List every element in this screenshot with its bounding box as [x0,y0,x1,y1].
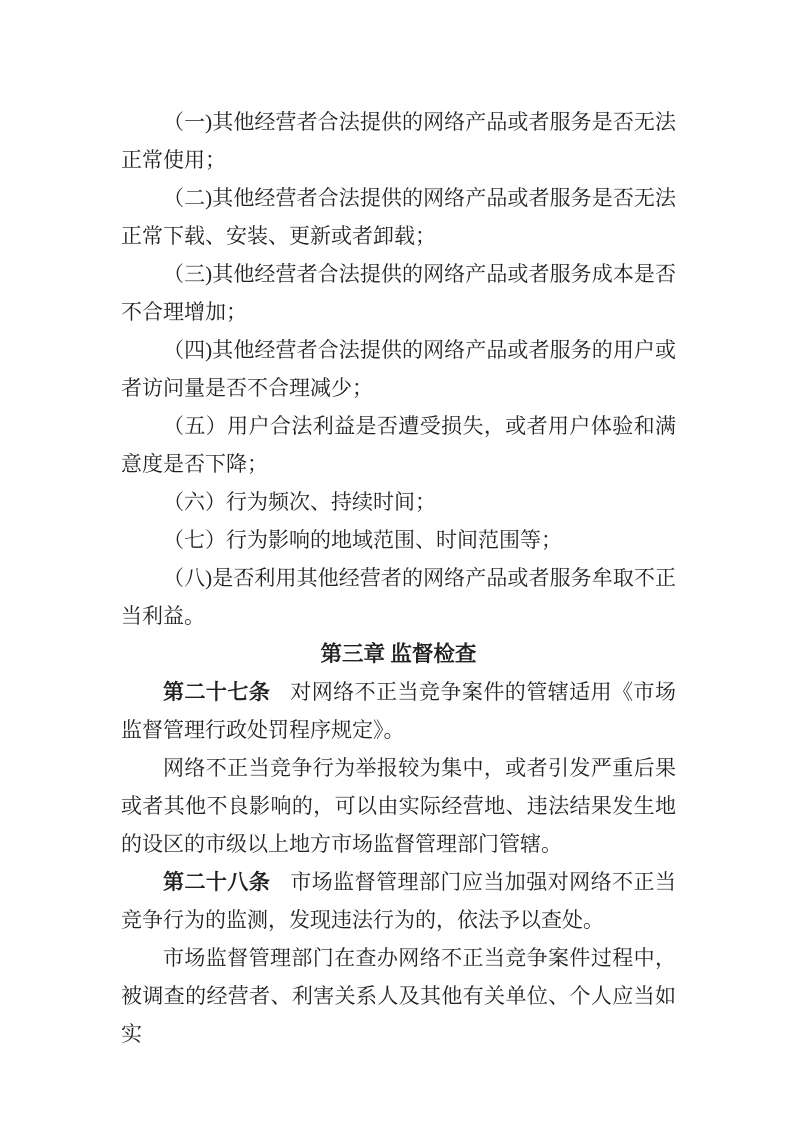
list-item: （四)其他经营者合法提供的网络产品或者服务的用户或者访问量是否不合理减少； [121,331,676,407]
list-item: （七）行为影响的地域范围、时间范围等； [121,521,676,559]
body-paragraph: 网络不正当竞争行为举报较为集中，或者引发严重后果或者其他不良影响的，可以由实际经… [121,749,676,863]
list-item: （二)其他经营者合法提供的网络产品或者服务是否无法正常下载、安装、更新或者卸载； [121,179,676,255]
document-content: （一)其他经营者合法提供的网络产品或者服务是否无法正常使用；（二)其他经营者合法… [121,103,676,1053]
chapter-heading: 第三章 监督检查 [121,635,676,673]
article-number: 第二十八条 [163,870,270,894]
list-item: （五）用户合法利益是否遭受损失，或者用户体验和满意度是否下降； [121,407,676,483]
document-page: （一)其他经营者合法提供的网络产品或者服务是否无法正常使用；（二)其他经营者合法… [0,0,793,1122]
list-item: （三)其他经营者合法提供的网络产品或者服务成本是否不合理增加； [121,255,676,331]
article-paragraph: 第二十七条对网络不正当竞争案件的管辖适用《市场监督管理行政处罚程序规定》。 [121,673,676,749]
article-paragraph: 第二十八条市场监督管理部门应当加强对网络不正当竞争行为的监测，发现违法行为的，依… [121,863,676,939]
list-item: （六）行为频次、持续时间； [121,483,676,521]
body-paragraph: 市场监督管理部门在查办网络不正当竞争案件过程中，被调查的经营者、利害关系人及其他… [121,939,676,1053]
list-item: （八)是否利用其他经营者的网络产品或者服务牟取不正当利益。 [121,559,676,635]
list-item: （一)其他经营者合法提供的网络产品或者服务是否无法正常使用； [121,103,676,179]
article-number: 第二十七条 [163,680,270,704]
